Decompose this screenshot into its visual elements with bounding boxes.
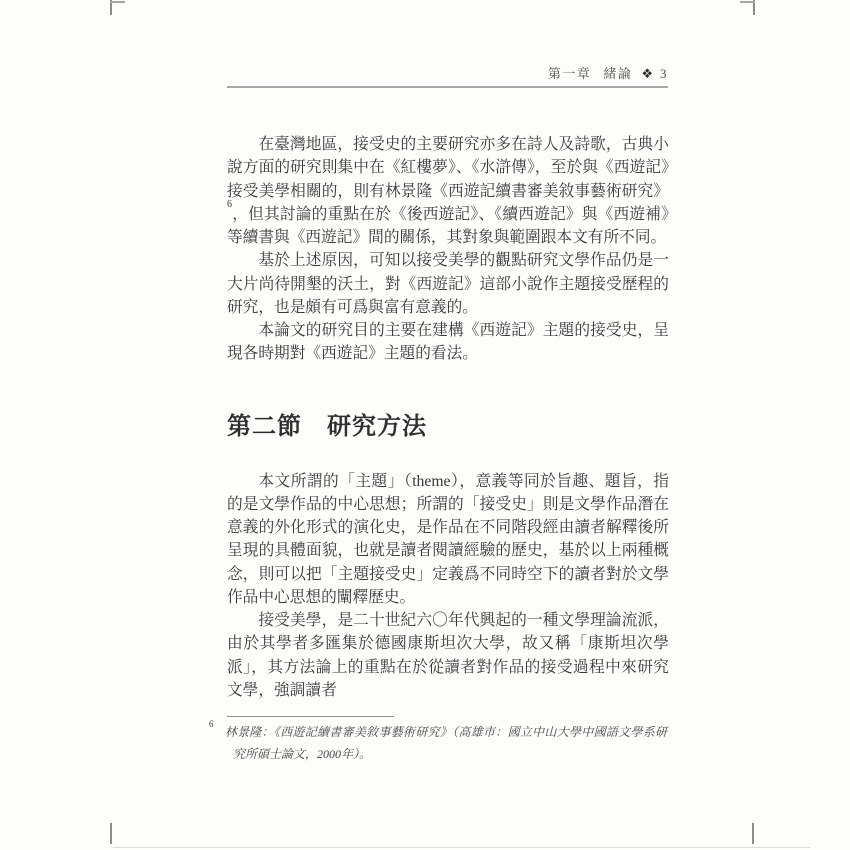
running-header: 第一章緒論❖3 — [227, 63, 668, 82]
crop-mark-bottom-right-vertical — [752, 823, 754, 844]
footnote-text: 林景隆：《西遊記續書審美敘事藝術研究》（高雄市：國立中山大學中國語文學系研究所碩… — [225, 725, 668, 761]
paragraph-2: 基於上述原因，可知以接受美學的觀點研究文學作品仍是一大片尚待開墾的沃土，對《西遊… — [227, 249, 669, 319]
header-rule — [227, 86, 668, 88]
page-number: 3 — [660, 66, 668, 81]
paragraph-4: 本文所謂的「主題」（theme），意義等同於旨趣、題旨，指的是文學作品的中心思想… — [227, 470, 669, 610]
section-heading: 第二節 研究方法 — [227, 412, 669, 442]
chapter-title-label: 緒論 — [603, 66, 632, 81]
text-column: 在臺灣地區，接受史的主要研究亦多在詩人及詩歌，古典小說方面的研究則集中在《紅樓夢… — [227, 133, 669, 702]
footnote-marker: 6 — [209, 719, 214, 729]
paragraph-5: 接受美學，是二十世紀六〇年代興起的一種文學理論流派，由於其學者多匯集於德國康斯坦… — [227, 609, 669, 702]
page-bottom-edge-line — [113, 847, 810, 848]
paragraph-3: 本論文的研究目的主要在建構《西遊記》主題的接受史，呈現各時期對《西遊記》主題的看… — [227, 319, 669, 366]
chapter-label: 第一章 — [548, 66, 592, 81]
footnote-separator-rule — [227, 716, 394, 717]
crop-mark-top-right-horizontal — [740, 1, 755, 3]
diamond-ornament-icon: ❖ — [641, 66, 653, 81]
crop-mark-top-left-horizontal — [110, 1, 125, 3]
footnote: 6林景隆：《西遊記續書審美敘事藝術研究》（高雄市：國立中山大學中國語文學系研究所… — [209, 721, 667, 765]
paragraph-1-text-continued: ，但其討論的重點在於《後西遊記》、《續西遊記》與《西遊補》等續書與《西遊記》間的… — [227, 206, 669, 246]
scanned-book-page: 第一章緒論❖3 在臺灣地區，接受史的主要研究亦多在詩人及詩歌，古典小說方面的研究… — [0, 0, 850, 850]
paragraph-1: 在臺灣地區，接受史的主要研究亦多在詩人及詩歌，古典小說方面的研究則集中在《紅樓夢… — [227, 133, 669, 249]
paragraph-1-text: 在臺灣地區，接受史的主要研究亦多在詩人及詩歌，古典小說方面的研究則集中在《紅樓夢… — [227, 136, 669, 200]
footnote-reference-6: 6 — [227, 199, 232, 210]
footnote-area: 6林景隆：《西遊記續書審美敘事藝術研究》（高雄市：國立中山大學中國語文學系研究所… — [209, 716, 667, 765]
crop-mark-bottom-left-vertical — [110, 823, 112, 844]
